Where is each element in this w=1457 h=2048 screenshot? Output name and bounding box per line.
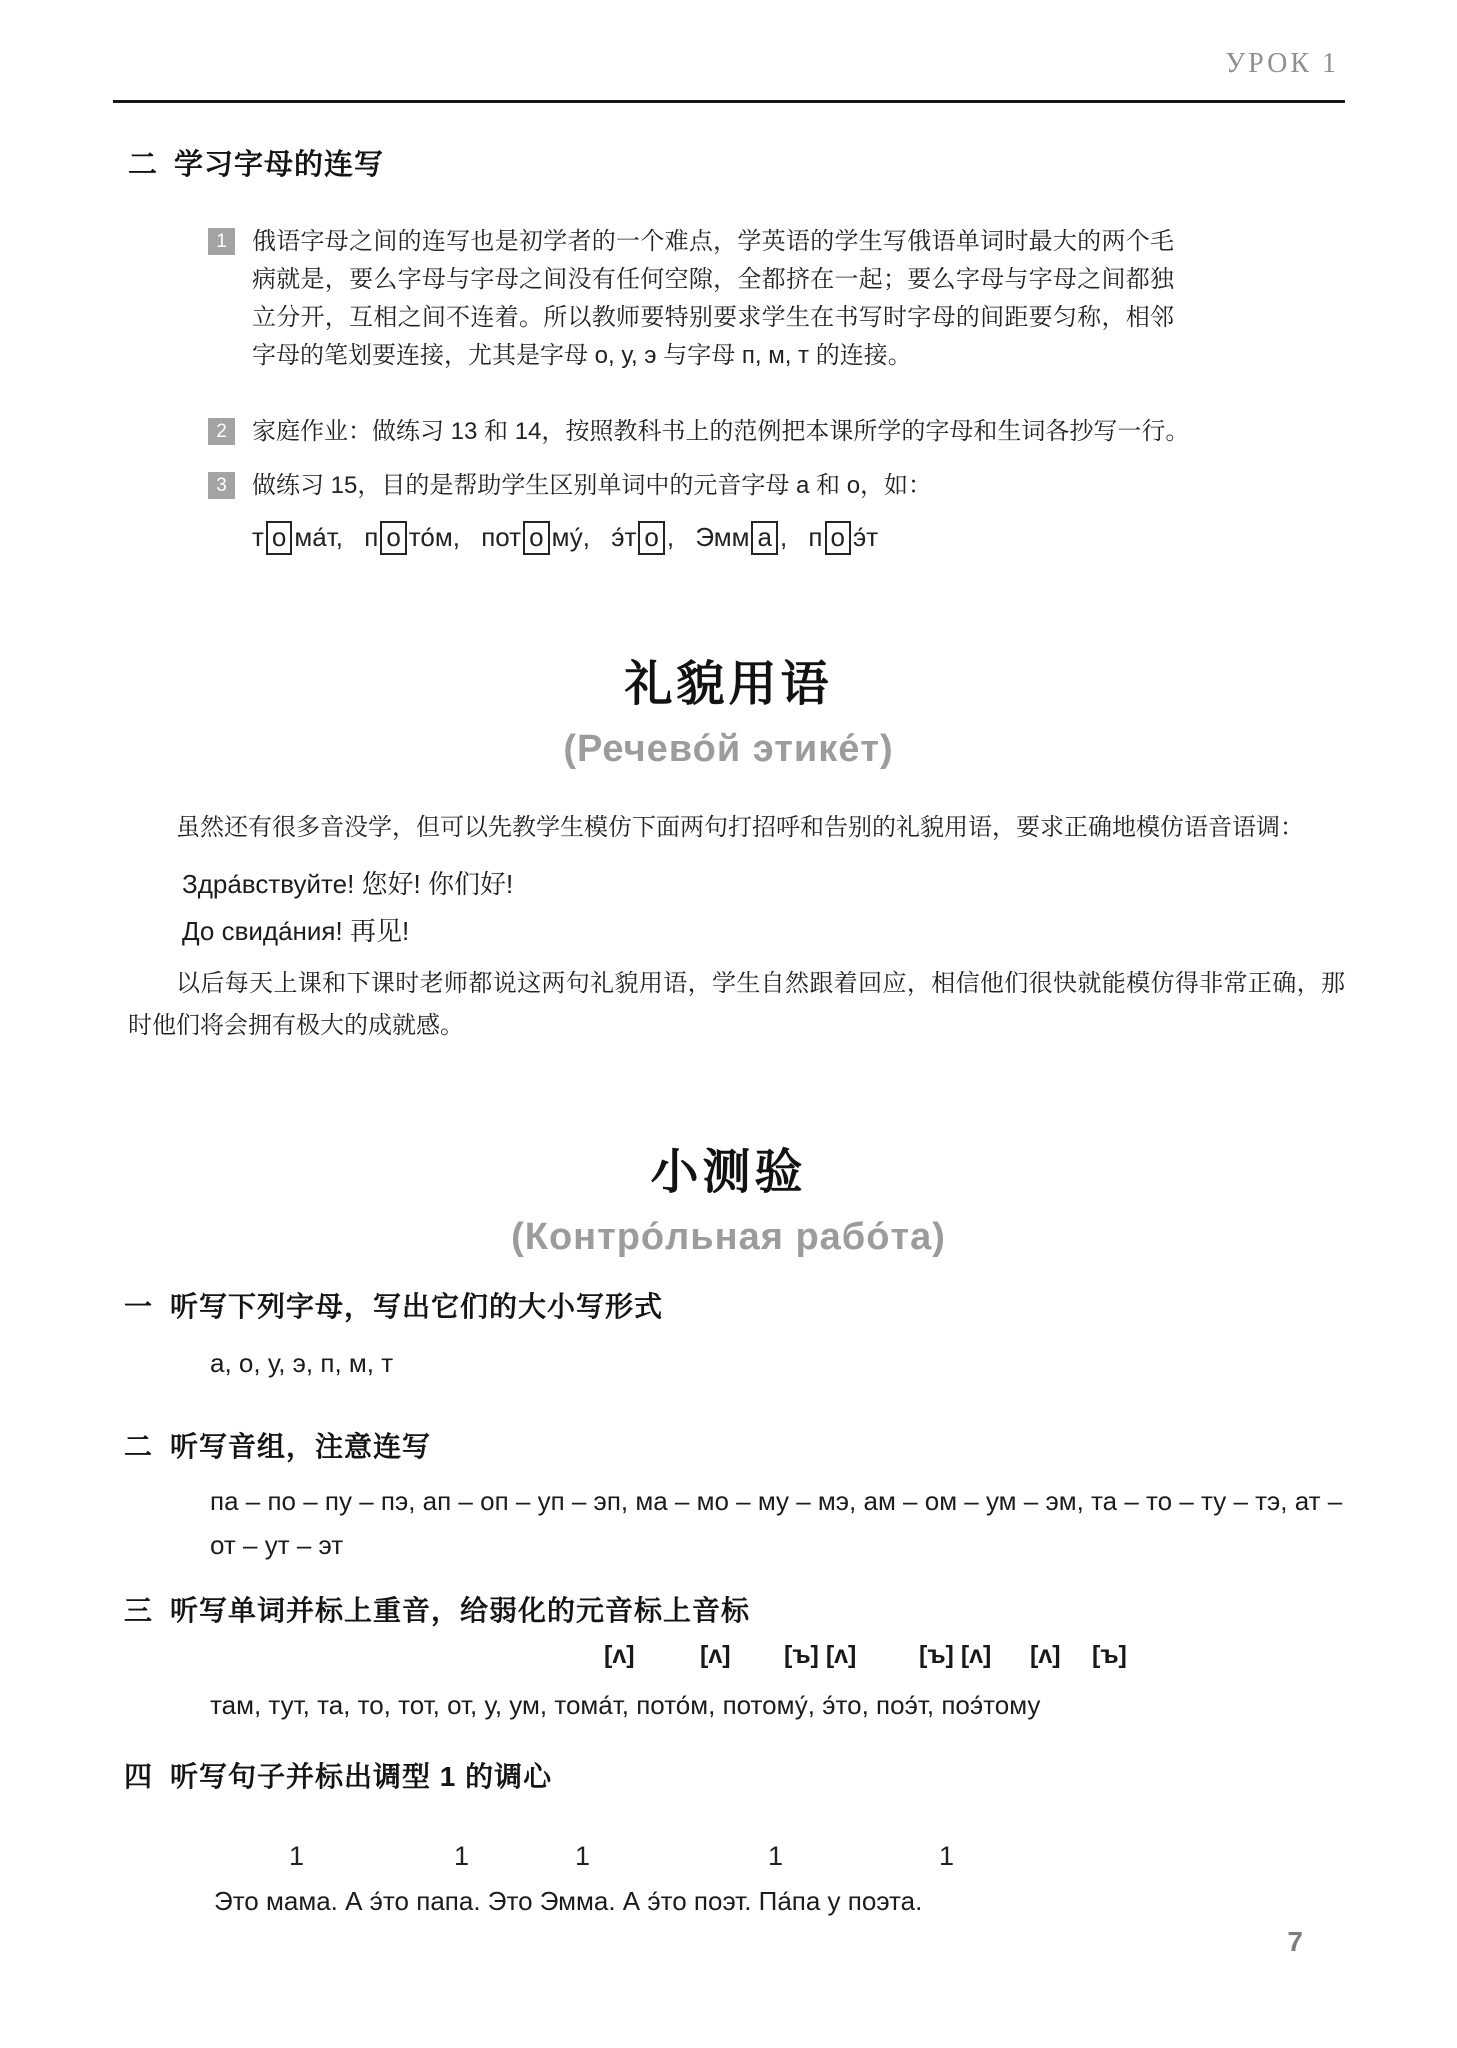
tone-number-row: 1 1 1 1 1 [210,1841,1457,1877]
quiz-section-4: 四 听写句子并标出调型 1 的调心 1 1 1 1 1 Это мама. А … [0,1755,1457,1923]
boxed-letter: о [266,521,292,555]
etiquette-title-cn: 礼貌用语 [0,645,1457,714]
boxed-letter: о [638,521,664,555]
greeting-hello-line: Здра́вствуйте! 您好! 你们好! [182,861,1457,908]
list-item: 3 做练习 15，目的是帮助学生区别单词中的元音字母 а 和 о，如： [208,467,1457,505]
quiz-title-ru: (Контро́льная рабо́та) [0,1216,1457,1259]
tone-mark: 1 [575,1841,590,1872]
phonetic-symbol: [ʌ] [604,1641,635,1670]
tone-mark: 1 [454,1841,469,1872]
phonetic-symbol: [ʌ] [1030,1641,1061,1670]
quiz-title-cn: 小测验 [0,1133,1457,1202]
quiz-section-content: Это мама. А э́то папа. Это Эмма. А э́то … [210,1879,1345,1923]
page-number: 7 [1287,1926,1303,1958]
list-item: 2 家庭作业：做练习 13 和 14，按照教科书上的范例把本课所学的字母和生词各… [208,413,1457,451]
section-title: 听写下列字母，写出它们的大小写形式 [170,1285,663,1325]
section-marker: 二 [128,142,174,183]
quiz-section-heading: 四 听写句子并标出调型 1 的调心 [124,1755,1457,1795]
section-title: 听写句子并标出调型 1 的调心 [170,1755,552,1795]
numbered-items: 1 俄语字母之间的连写也是初学者的一个难点，学英语的学生写俄语单词时最大的两个毛… [208,223,1457,505]
boxed-word: поэ́т [808,522,878,552]
boxed-word: Эмма, [695,522,787,552]
etiquette-intro-paragraph: 虽然还有很多音没学，但可以先教学生模仿下面两句打招呼和告别的礼貌用语，要求正确地… [128,807,1345,849]
textbook-page: УРОК 1 二 学习字母的连写 1 俄语字母之间的连写也是初学者的一个难点，学… [0,0,1457,2048]
item-number-badge: 3 [208,472,235,499]
phonetic-symbol: [ъ] [ʌ] [784,1641,856,1670]
tone-mark: 1 [289,1841,304,1872]
tone-mark: 1 [768,1841,783,1872]
page-content: 二 学习字母的连写 1 俄语字母之间的连写也是初学者的一个难点，学英语的学生写俄… [0,142,1457,1923]
item-number-badge: 1 [208,228,235,255]
quiz-section-content: там, тут, та, то, тот, от, у, ум, тома́т… [210,1683,1345,1727]
greeting-bye-line: До свида́ния! 再见! [182,908,1457,955]
boxed-word: э́то, [611,522,674,552]
quiz-section-heading: 一 听写下列字母，写出它们的大小写形式 [124,1285,1457,1325]
tone-mark: 1 [939,1841,954,1872]
item-text: 做练习 15，目的是帮助学生区别单词中的元音字母 а 和 о，如： [252,467,1457,505]
phonetic-symbol: [ъ] [ʌ] [919,1641,991,1670]
section-marker: 一 [124,1285,170,1325]
item-text: 俄语字母之间的连写也是初学者的一个难点，学英语的学生写俄语单词时最大的两个毛病就… [252,223,1174,375]
section-title: 听写单词并标上重音，给弱化的元音标上音标 [170,1589,750,1629]
section-title: 学习字母的连写 [174,142,384,183]
boxed-word: пото́м, [364,522,460,552]
section-marker: 二 [124,1425,170,1465]
section-marker: 三 [124,1589,170,1629]
lesson-header-label: УРОК 1 [1225,48,1339,80]
quiz-section-1: 一 听写下列字母，写出它们的大小写形式 а, о, у, э, п, м, т [0,1285,1457,1385]
section-marker: 四 [124,1755,170,1795]
quiz-section-heading: 三 听写单词并标上重音，给弱化的元音标上音标 [124,1589,1457,1629]
section-title: 听写音组，注意连写 [170,1425,431,1465]
quiz-section-3: 三 听写单词并标上重音，给弱化的元音标上音标 [ʌ] [ʌ] [ъ] [ʌ] [… [0,1589,1457,1727]
boxed-word: потому́, [481,522,590,552]
boxed-letter: о [523,521,549,555]
header-rule [113,100,1345,103]
etiquette-outro-paragraph: 以后每天上课和下课时老师都说这两句礼貌用语，学生自然跟着回应，相信他们很快就能模… [128,963,1345,1047]
quiz-section-2: 二 听写音组，注意连写 па – по – пу – пэ, ап – оп –… [0,1425,1457,1567]
boxed-vowel-example: тома́т, пото́м, потому́, э́то, Эмма, поэ… [252,521,1457,555]
phonetic-symbol: [ъ] [1092,1641,1127,1670]
quiz-section-content: а, о, у, э, п, м, т [210,1341,1345,1385]
phonetic-symbols-row: [ʌ] [ʌ] [ъ] [ʌ] [ъ] [ʌ] [ʌ] [ъ] [210,1641,1457,1681]
phonetic-symbol: [ʌ] [700,1641,731,1670]
list-item: 1 俄语字母之间的连写也是初学者的一个难点，学英语的学生写俄语单词时最大的两个毛… [208,223,1457,375]
boxed-letter: а [751,521,777,555]
quiz-section-content: па – по – пу – пэ, ап – оп – уп – эп, ма… [210,1479,1345,1567]
etiquette-title-ru: (Речево́й этике́т) [0,728,1457,771]
item-number-badge: 2 [208,418,235,445]
lesson-section-heading: 二 学习字母的连写 [128,142,1457,183]
boxed-word: тома́т, [252,522,343,552]
boxed-letter: о [380,521,406,555]
quiz-section-heading: 二 听写音组，注意连写 [124,1425,1457,1465]
item-text: 家庭作业：做练习 13 和 14，按照教科书上的范例把本课所学的字母和生词各抄写… [252,413,1457,451]
boxed-letter: о [825,521,851,555]
